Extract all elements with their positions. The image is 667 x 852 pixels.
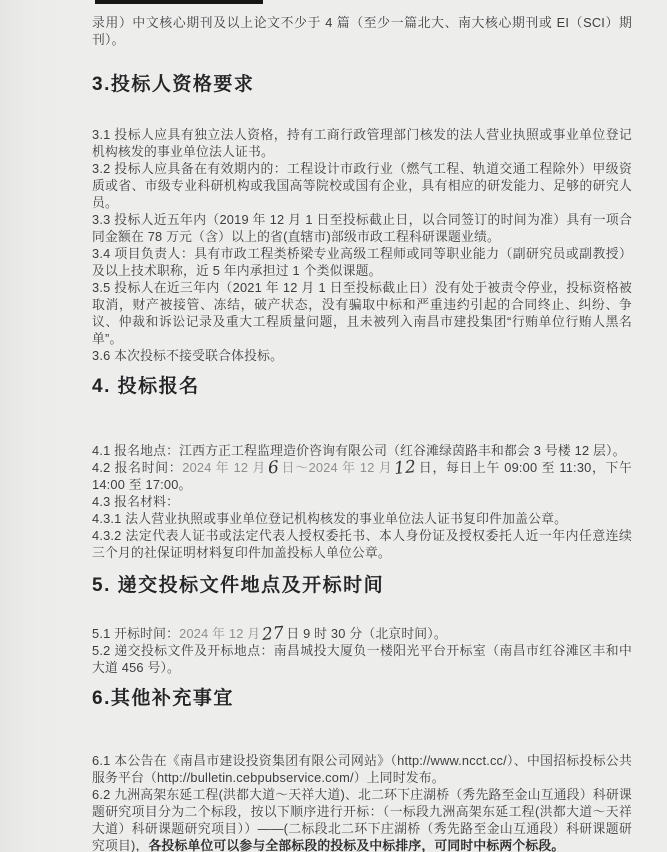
section-heading-4: 4. 投标报名	[92, 374, 632, 400]
text-run: 4.2 报名时间：	[92, 460, 182, 475]
scan-artifact-line	[95, 0, 263, 4]
text-run: 3.2 投标人应具备在有效期内的：工程设计市政行业（燃气工程、轨道交通工程除外）…	[92, 161, 632, 210]
text-run: 3.5 投标人在近三年内（2021 年 12 月 1 日至投标截止日）没有处于被…	[92, 280, 632, 346]
text-run: 3.6 本次投标不接受联合体投标。	[92, 348, 283, 363]
section-3: 3.投标人资格要求3.1 投标人应具有独立法人资格，持有工商行政管理部门核发的法…	[92, 72, 632, 364]
paragraph: 3.3 投标人近五年内（2019 年 12 月 1 日至投标截止日，以合同签订的…	[92, 211, 632, 245]
text-run: 4.3 报名材料：	[92, 494, 179, 509]
text-run: 3.1 投标人应具有独立法人资格，持有工商行政管理部门核发的法人营业执照或事业单…	[92, 127, 632, 159]
continuation-text: 录用）中文核心期刊及以上论文不少于 4 篇（至少一篇北大、南大核心期刊或 EI（…	[92, 14, 632, 48]
paragraph: 3.4 项目负责人：具有市政工程类桥梁专业高级工程师或同等职业能力（副研究员或副…	[92, 245, 632, 279]
handwritten-date: 27	[262, 626, 285, 642]
paragraph: 5.1 开标时间：2024 年 12 月27日 9 时 30 分（北京时间）。	[92, 625, 632, 642]
text-run: 4.3.2 法定代表人证书或法定代表人授权委托书、本人身份证及授权委托人近一年内…	[92, 528, 632, 560]
paragraph: 4.3.1 法人营业执照或事业单位登记机构核发的事业单位法人证书复印件加盖公章。	[92, 510, 632, 527]
paragraph: 3.6 本次投标不接受联合体投标。	[92, 347, 632, 364]
text-run: 各投标单位可以参与全部标段的投标及中标排序，可同时中标两个标段。	[148, 838, 564, 852]
paragraph: 3.1 投标人应具有独立法人资格，持有工商行政管理部门核发的法人营业执照或事业单…	[92, 126, 632, 160]
text-run: 5.2 递交投标文件及开标地点：南昌城投大厦负一楼阳光平台开标室（南昌市红谷滩区…	[92, 643, 632, 675]
text-run: 3.4 项目负责人：具有市政工程类桥梁专业高级工程师或同等职业能力（副研究员或副…	[92, 246, 632, 278]
paragraph: 5.2 递交投标文件及开标地点：南昌城投大厦负一楼阳光平台开标室（南昌市红谷滩区…	[92, 642, 632, 676]
paragraph: 3.2 投标人应具备在有效期内的：工程设计市政行业（燃气工程、轨道交通工程除外）…	[92, 160, 632, 211]
handwritten-date: 6	[267, 461, 279, 476]
section-4: 4. 投标报名4.1 报名地点：江西方正工程监理造价咨询有限公司（红谷滩绿茵路丰…	[92, 374, 632, 561]
scanned-page: 录用）中文核心期刊及以上论文不少于 4 篇（至少一篇北大、南大核心期刊或 EI（…	[0, 0, 667, 852]
text-run: 3.3 投标人近五年内（2019 年 12 月 1 日至投标截止日，以合同签订的…	[92, 212, 632, 244]
paragraph: 3.5 投标人在近三年内（2021 年 12 月 1 日至投标截止日）没有处于被…	[92, 279, 632, 347]
paragraph: 4.1 报名地点：江西方正工程监理造价咨询有限公司（红谷滩绿茵路丰和都会 3 号…	[92, 442, 632, 459]
text-run: 6.1 本公告在《南昌市建设投资集团有限公司网站》（http://www.ncc…	[92, 753, 632, 785]
handwritten-date: 12	[394, 460, 417, 476]
paragraph: 4.2 报名时间：2024 年 12 月6日～2024 年 12 月12日，每日…	[92, 459, 632, 493]
text-run: 2024 年 12 月	[179, 626, 260, 641]
text-run: 4.3.1 法人营业执照或事业单位登记机构核发的事业单位法人证书复印件加盖公章。	[92, 511, 567, 526]
section-heading-5: 5. 递交投标文件地点及开标时间	[92, 573, 632, 599]
section-heading-6: 6.其他补充事宜	[92, 686, 632, 712]
section-6: 6.其他补充事宜6.1 本公告在《南昌市建设投资集团有限公司网站》（http:/…	[92, 686, 632, 852]
text-run: 2024 年 12 月	[182, 460, 266, 475]
paragraph: 4.3 报名材料：	[92, 493, 632, 510]
paragraph: 4.3.2 法定代表人证书或法定代表人授权委托书、本人身份证及授权委托人近一年内…	[92, 527, 632, 561]
section-heading-3: 3.投标人资格要求	[92, 72, 632, 98]
text-run: 日 9 时 30 分（北京时间）。	[286, 626, 447, 641]
section-5: 5. 递交投标文件地点及开标时间5.1 开标时间：2024 年 12 月27日 …	[92, 573, 632, 676]
sections-container: 3.投标人资格要求3.1 投标人应具有独立法人资格，持有工商行政管理部门核发的法…	[92, 72, 632, 852]
paragraph: 6.1 本公告在《南昌市建设投资集团有限公司网站》（http://www.ncc…	[92, 752, 632, 786]
text-run: 4.1 报名地点：江西方正工程监理造价咨询有限公司（红谷滩绿茵路丰和都会 3 号…	[92, 443, 626, 458]
paragraph: 6.2 九洲高架东延工程(洪都大道～天祥大道)、北二环下庄湖桥（秀先路至金山互通…	[92, 786, 632, 852]
document-body: 录用）中文核心期刊及以上论文不少于 4 篇（至少一篇北大、南大核心期刊或 EI（…	[92, 14, 632, 852]
text-run: 日～2024 年 12 月	[281, 460, 392, 475]
text-run: 5.1 开标时间：	[92, 626, 179, 641]
